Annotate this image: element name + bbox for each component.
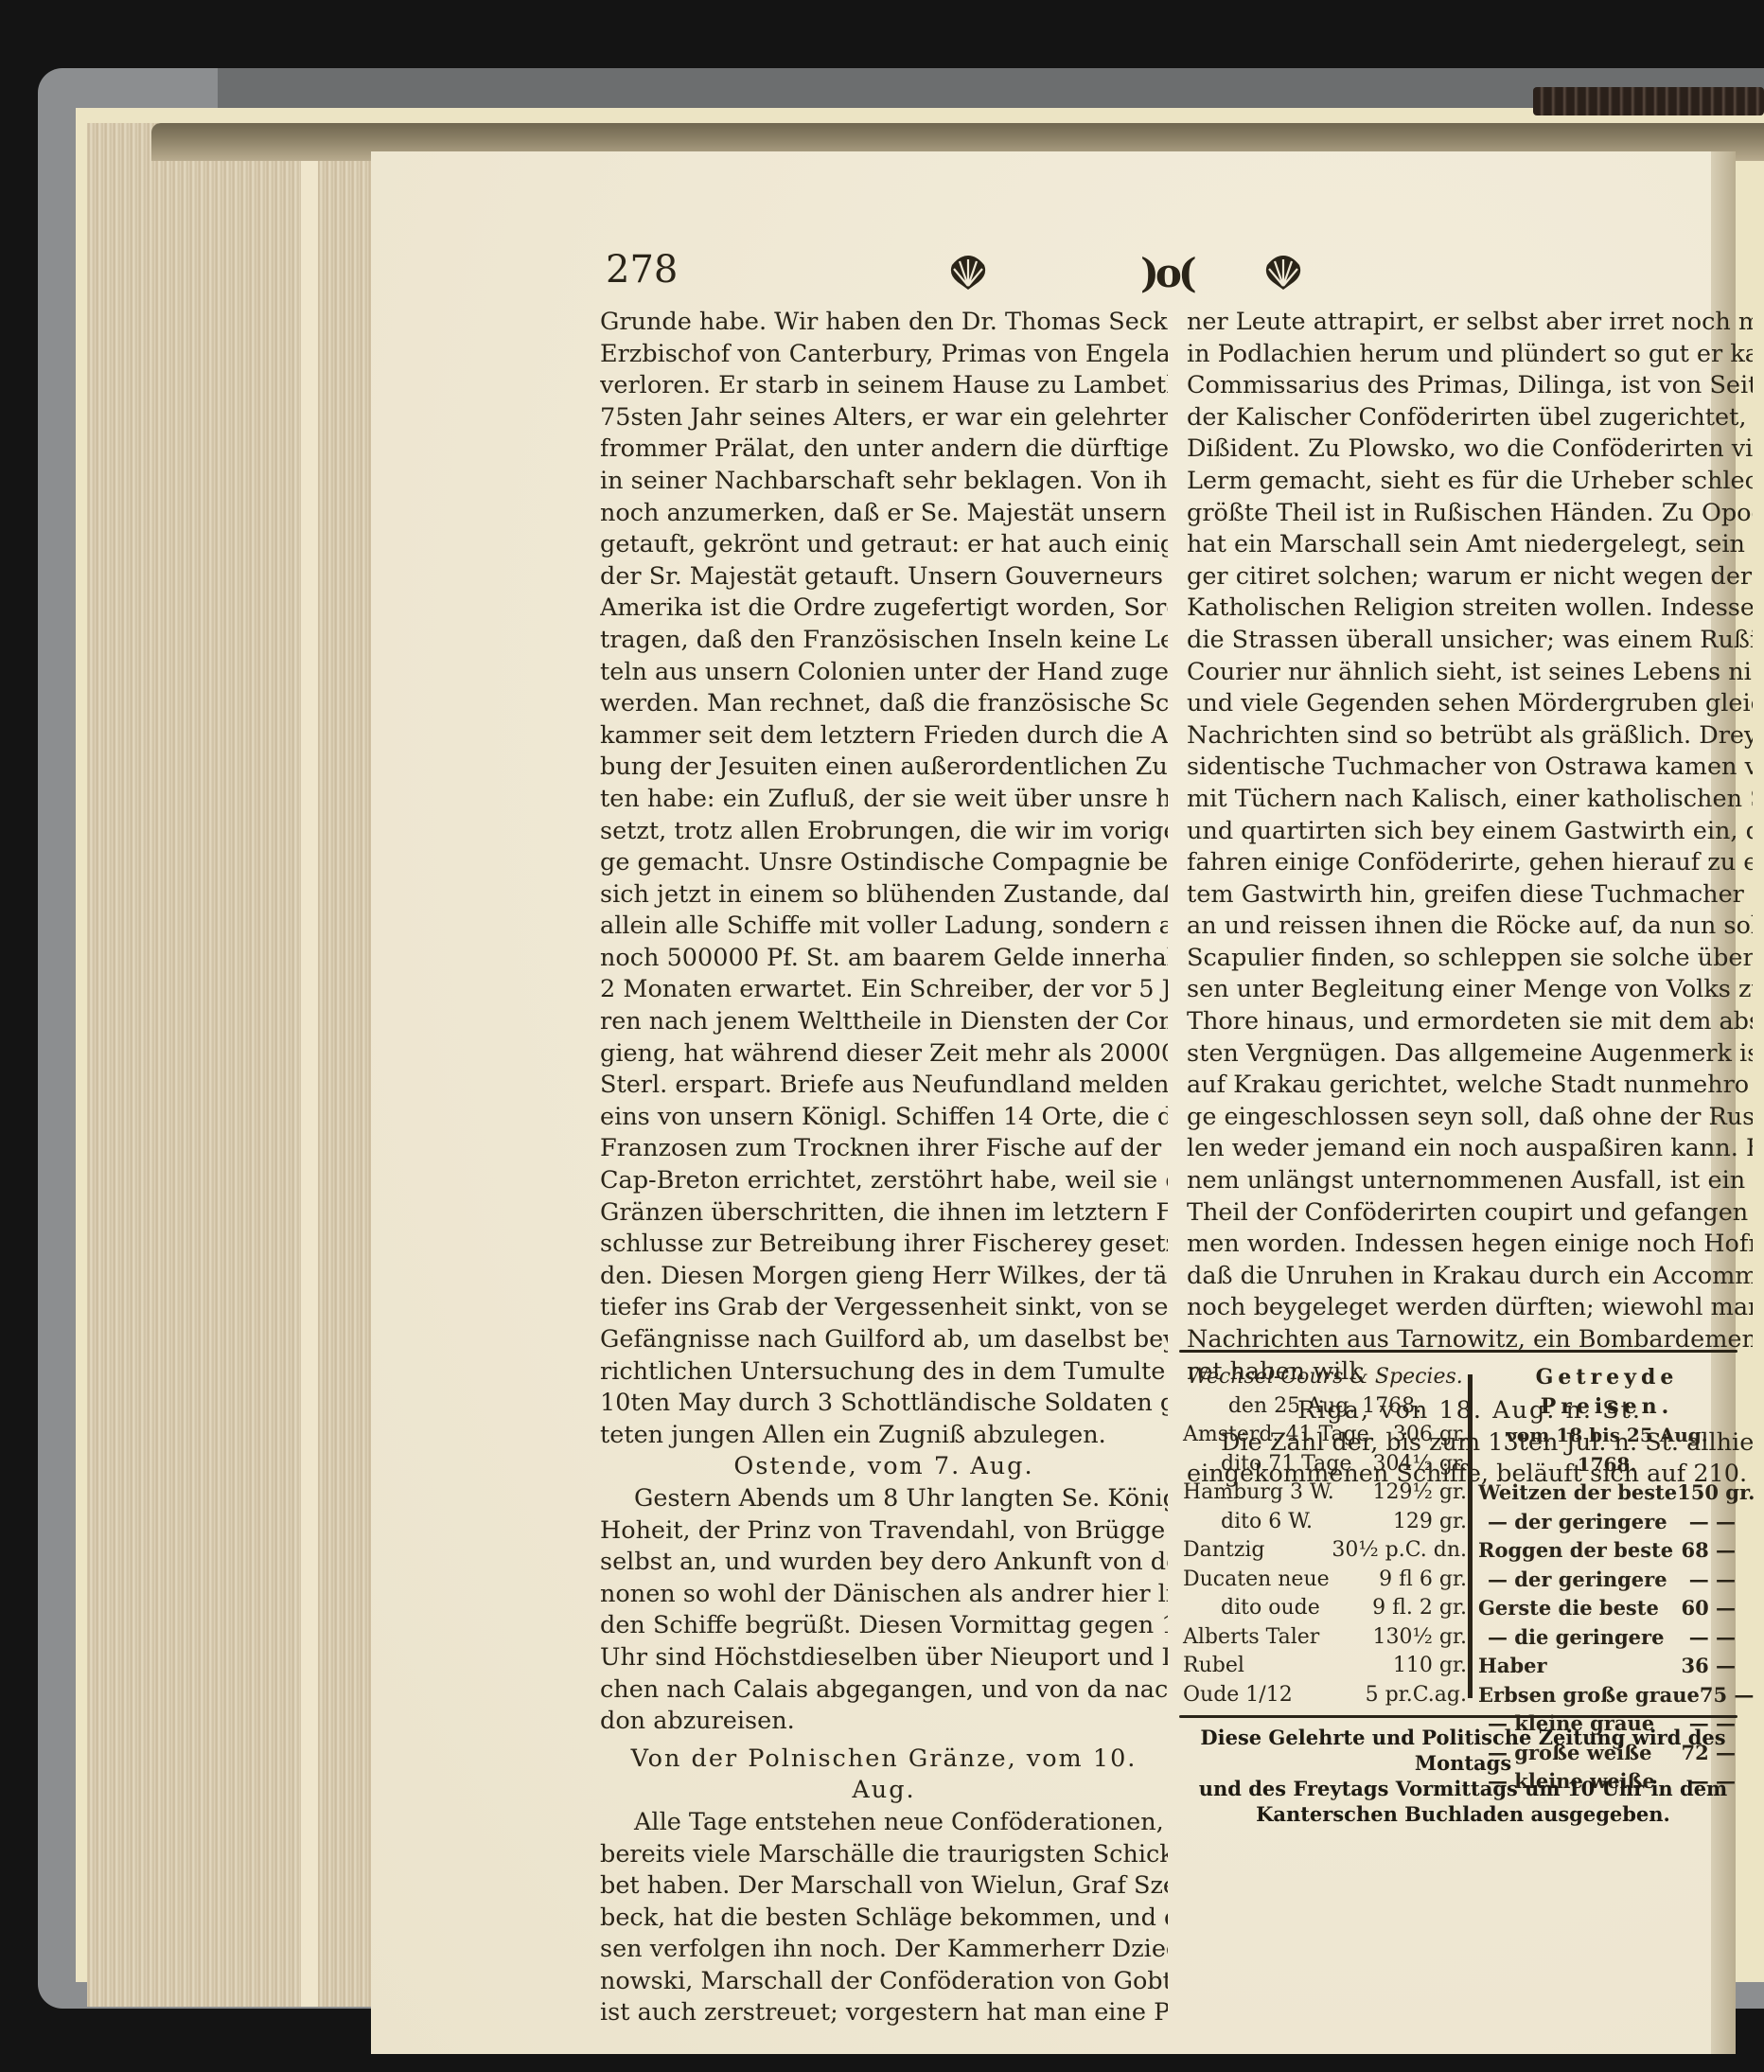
text-line: noch anzumerken, daß er Se. Majestät uns…	[600, 498, 1168, 530]
row-value: 9 fl 6 gr.	[1379, 1566, 1467, 1595]
dateline-polish-border: Von der Polnischen Gränze, vom 10. Aug.	[600, 1744, 1168, 1807]
table-row: — die geringere— —	[1478, 1623, 1736, 1653]
text-line: ren nach jenem Welttheile in Diensten de…	[600, 1006, 1168, 1038]
row-value: 130½ gr.	[1373, 1623, 1467, 1653]
text-line: frommer Prälat, den unter andern die dür…	[600, 434, 1168, 466]
text-line: Amerika ist die Ordre zugefertigt worden…	[600, 593, 1168, 625]
text-line: 75sten Jahr seines Alters, er war ein ge…	[600, 402, 1168, 434]
row-label: dito 71 Tage	[1183, 1450, 1351, 1479]
row-label: Rubel	[1183, 1652, 1244, 1681]
text-line: ge eingeschlossen seyn soll, daß ohne de…	[1187, 1102, 1753, 1134]
text-line: Theil der Conföderirten coupirt und gefa…	[1187, 1197, 1753, 1230]
page-edges	[87, 123, 371, 2007]
row-value: 60 —	[1681, 1594, 1736, 1623]
text-line: chen nach Calais abgegangen, und von da …	[600, 1674, 1168, 1707]
publication-notice: Diese Gelehrte und Politische Zeitung wi…	[1179, 1725, 1747, 1827]
text-line: Gefängnisse nach Guilford ab, um daselbs…	[600, 1324, 1168, 1356]
exchange-rate-table: Wechsel-Cours & Species. den 25 Aug. 176…	[1183, 1363, 1467, 1709]
text-line: Dißident. Zu Plowsko, wo die Conföderirt…	[1187, 434, 1753, 466]
row-label: Gerste die beste	[1478, 1594, 1659, 1623]
text-line: nowski, Marschall der Conföderation von …	[600, 1966, 1168, 1998]
dateline-ostende: Ostende, vom 7. Aug.	[600, 1451, 1168, 1483]
text-line: Scapulier finden, so schleppen sie solch…	[1187, 943, 1753, 975]
text-line: der Sr. Majestät getauft. Unsern Gouvern…	[600, 561, 1168, 593]
row-value: 5 pr.C.ag.	[1366, 1681, 1467, 1710]
text-line: Gränzen überschritten, die ihnen im letz…	[600, 1197, 1168, 1230]
table-row: Dantzig30½ p.C. dn.	[1183, 1536, 1467, 1566]
row-label: — der geringere	[1478, 1508, 1667, 1537]
grain-table-date: vom 18 bis 25 Aug. 1768.	[1478, 1421, 1736, 1479]
text-line: 10ten May durch 3 Schottländische Soldat…	[600, 1388, 1168, 1420]
book-cover-top	[218, 68, 1764, 110]
exchange-table-title: Wechsel-Cours & Species.	[1183, 1363, 1467, 1392]
page-number: 278	[606, 248, 678, 292]
text-line: teten jungen Allen ein Zugniß abzulegen.	[600, 1420, 1168, 1452]
row-label: Hamburg 3 W.	[1183, 1479, 1334, 1508]
text-line: sten Vergnügen. Das allgemeine Augenmerk…	[1187, 1038, 1753, 1071]
table-row: — der geringere— —	[1478, 1508, 1736, 1537]
text-line: den Schiffe begrüßt. Diesen Vormittag ge…	[600, 1610, 1168, 1642]
table-separator	[1468, 1374, 1473, 1698]
row-value: 36 —	[1681, 1652, 1736, 1681]
text-line: Courier nur ähnlich sieht, ist seines Le…	[1187, 657, 1753, 689]
row-label: Alberts Taler	[1183, 1623, 1319, 1653]
row-value: 110 gr.	[1393, 1652, 1467, 1681]
text-line: tragen, daß den Französischen Inseln kei…	[600, 625, 1168, 657]
text-line: Gestern Abends um 8 Uhr langten Se. Köni…	[600, 1483, 1168, 1515]
text-line: sich jetzt in einem so blühenden Zustand…	[600, 879, 1168, 912]
row-value: — —	[1689, 1566, 1736, 1595]
text-line: 2 Monaten erwartet. Ein Schreiber, der v…	[600, 974, 1168, 1006]
text-line: Lerm gemacht, sieht es für die Urheber s…	[1187, 466, 1753, 498]
text-line: Commissarius des Primas, Dilinga, ist vo…	[1187, 370, 1753, 402]
text-line: Katholischen Religion streiten wollen. I…	[1187, 593, 1753, 625]
text-line: selbst an, und wurden bey dero Ankunft v…	[600, 1547, 1168, 1579]
table-row: Hamburg 3 W.129½ gr.	[1183, 1479, 1467, 1508]
row-label: Amsterd. 41 Tage	[1183, 1421, 1369, 1450]
shell-ornament-icon	[1261, 254, 1305, 292]
right-column: ner Leute attrapirt, er selbst aber irre…	[1187, 307, 1753, 1491]
grain-table-title: Getreyde Preisen.	[1478, 1363, 1736, 1421]
text-line: größte Theil ist in Rußischen Händen. Zu…	[1187, 498, 1753, 530]
row-value: 129½ gr.	[1373, 1479, 1467, 1508]
article-london-end: Grunde habe. Wir haben den Dr. Thomas Se…	[600, 307, 1168, 1451]
notice-line: Kanterschen Buchladen ausgegeben.	[1179, 1801, 1747, 1827]
text-line: nonen so wohl der Dänischen als andrer h…	[600, 1579, 1168, 1611]
text-line: schlusse zur Betreibung ihrer Fischerey …	[600, 1229, 1168, 1261]
row-label: — der geringere	[1478, 1566, 1667, 1595]
table-row: Erbsen große graue75 —	[1478, 1681, 1736, 1710]
article-polish-border: Alle Tage entstehen neue Conföderationen…	[600, 1807, 1168, 2029]
table-row: Ducaten neue9 fl 6 gr.	[1183, 1566, 1467, 1595]
row-label: dito 6 W.	[1183, 1508, 1313, 1537]
text-line: teln aus unsern Colonien unter der Hand …	[600, 657, 1168, 689]
text-line: an und reissen ihnen die Röcke auf, da n…	[1187, 911, 1753, 943]
table-row: Alberts Taler130½ gr.	[1183, 1623, 1467, 1653]
text-line: Alle Tage entstehen neue Conföderationen…	[600, 1807, 1168, 1839]
row-value: — —	[1689, 1508, 1736, 1537]
text-line: auf Krakau gerichtet, welche Stadt nunme…	[1187, 1070, 1753, 1102]
row-label: Erbsen große graue	[1478, 1681, 1700, 1710]
text-line: ist auch zerstreuet; vorgestern hat man …	[600, 1997, 1168, 2029]
table-row: dito 71 Tage304½ gr.	[1183, 1450, 1467, 1479]
row-label: Weitzen der beste	[1478, 1479, 1677, 1508]
text-line: allein alle Schiffe mit voller Ladung, s…	[600, 911, 1168, 943]
table-row: Rubel110 gr.	[1183, 1652, 1467, 1681]
text-line: die Strassen überall unsicher; was einem…	[1187, 625, 1753, 657]
text-line: der Kalischer Conföderirten übel zugeric…	[1187, 402, 1753, 434]
article-ostende: Gestern Abends um 8 Uhr langten Se. Köni…	[600, 1483, 1168, 1738]
text-line: den. Diesen Morgen gieng Herr Wilkes, de…	[600, 1261, 1168, 1293]
text-line: in Podlachien herum und plündert so gut …	[1187, 339, 1753, 371]
table-row: dito 6 W.129 gr.	[1183, 1508, 1467, 1537]
text-line: mit Tüchern nach Kalisch, einer katholis…	[1187, 784, 1753, 816]
text-line: tiefer ins Grab der Vergessenheit sinkt,…	[600, 1292, 1168, 1324]
text-line: sen verfolgen ihn noch. Der Kammerherr D…	[600, 1934, 1168, 1966]
row-label: Haber	[1478, 1652, 1547, 1681]
text-line: Thore hinaus, und ermordeten sie mit dem…	[1187, 1006, 1753, 1038]
page-edge-gap	[301, 123, 318, 2007]
text-line: beck, hat die besten Schläge bekommen, u…	[600, 1903, 1168, 1935]
text-line: und viele Gegenden sehen Mördergruben gl…	[1187, 688, 1753, 720]
text-line: len weder jemand ein noch auspaßiren kan…	[1187, 1133, 1753, 1165]
text-line: bung der Jesuiten einen außerordentliche…	[600, 752, 1168, 784]
text-line: ger citiret solchen; warum er nicht wege…	[1187, 561, 1753, 593]
center-ornament: )o(	[1140, 250, 1193, 296]
row-label: Oude 1/12	[1183, 1681, 1293, 1710]
row-value: 129 gr.	[1393, 1508, 1467, 1537]
text-line: ten habe: ein Zufluß, der sie weit über …	[600, 784, 1168, 816]
text-line: verloren. Er starb in seinem Hause zu La…	[600, 370, 1168, 402]
row-value: 306 gr.	[1393, 1421, 1467, 1450]
table-row: Gerste die beste60 —	[1478, 1594, 1736, 1623]
text-line: ner Leute attrapirt, er selbst aber irre…	[1187, 307, 1753, 339]
text-line: Erzbischof von Canterbury, Primas von En…	[600, 339, 1168, 371]
text-line: richtlichen Untersuchung des in dem Tumu…	[600, 1356, 1168, 1389]
text-line: eins von unsern Königl. Schiffen 14 Orte…	[600, 1102, 1168, 1134]
row-label: — die geringere	[1478, 1623, 1664, 1653]
text-line: fahren einige Conföderirte, gehen hierau…	[1187, 847, 1753, 879]
text-line: Hoheit, der Prinz von Travendahl, von Br…	[600, 1515, 1168, 1548]
row-value: 75 —	[1700, 1681, 1755, 1710]
divider-rule	[1179, 1715, 1738, 1718]
table-row: Weitzen der beste150 gr.	[1478, 1479, 1736, 1508]
text-line: noch beygeleget werden dürften; wiewohl …	[1187, 1292, 1753, 1324]
divider-rule	[1179, 1350, 1738, 1353]
row-value: 68 —	[1681, 1536, 1736, 1566]
text-line: Uhr sind Höchstdieselben über Nieuport u…	[600, 1642, 1168, 1674]
table-row: Roggen der beste68 —	[1478, 1536, 1736, 1566]
page-header: 278 )o(	[606, 248, 1741, 305]
left-column: Grunde habe. Wir haben den Dr. Thomas Se…	[600, 307, 1168, 2029]
row-value: 30½ p.C. dn.	[1332, 1536, 1467, 1566]
text-line: Cap-Breton errichtet, zerstöhrt habe, we…	[600, 1165, 1168, 1197]
row-value: 150 gr.	[1677, 1479, 1755, 1508]
table-row: dito oude9 fl. 2 gr.	[1183, 1594, 1467, 1623]
article-polish-border-cont: ner Leute attrapirt, er selbst aber irre…	[1187, 307, 1753, 1388]
text-line: men worden. Indessen hegen einige noch H…	[1187, 1229, 1753, 1261]
text-line: don abzureisen.	[600, 1706, 1168, 1738]
text-line: nem unlängst unternommenen Ausfall, ist …	[1187, 1165, 1753, 1197]
notice-line: Diese Gelehrte und Politische Zeitung wi…	[1179, 1725, 1747, 1776]
row-value: — —	[1689, 1623, 1736, 1653]
shell-ornament-icon	[946, 254, 990, 292]
text-line: hat ein Marschall sein Amt niedergelegt,…	[1187, 529, 1753, 561]
exchange-table-date: den 25 Aug. 1768.	[1183, 1392, 1467, 1422]
row-value: 304½ gr.	[1373, 1450, 1467, 1479]
notice-line: und des Freytags Vormittags um 10 Uhr in…	[1179, 1776, 1747, 1801]
row-label: Roggen der beste	[1478, 1536, 1673, 1566]
table-row: Amsterd. 41 Tage306 gr.	[1183, 1421, 1467, 1450]
text-line: tem Gastwirth hin, greifen diese Tuchmac…	[1187, 879, 1753, 912]
text-line: noch 500000 Pf. St. am baarem Gelde inne…	[600, 943, 1168, 975]
text-line: Sterl. erspart. Briefe aus Neufundland m…	[600, 1070, 1168, 1102]
table-row: Oude 1/125 pr.C.ag.	[1183, 1681, 1467, 1710]
text-line: ge gemacht. Unsre Ostindische Compagnie …	[600, 847, 1168, 879]
book-headband	[1533, 87, 1764, 115]
text-line: kammer seit dem letztern Frieden durch d…	[600, 720, 1168, 753]
row-label: Ducaten neue	[1183, 1566, 1330, 1595]
text-line: Grunde habe. Wir haben den Dr. Thomas Se…	[600, 307, 1168, 339]
text-line: Nachrichten sind so betrübt als gräßlich…	[1187, 720, 1753, 753]
text-line: in seiner Nachbarschaft sehr beklagen. V…	[600, 466, 1168, 498]
text-line: setzt, trotz allen Erobrungen, die wir i…	[600, 816, 1168, 848]
text-line: sen unter Begleitung einer Menge von Vol…	[1187, 974, 1753, 1006]
text-line: bereits viele Marschälle die traurigsten…	[600, 1839, 1168, 1871]
text-line: getauft, gekrönt und getraut: er hat auc…	[600, 529, 1168, 561]
row-value: 9 fl. 2 gr.	[1372, 1594, 1467, 1623]
text-line: daß die Unruhen in Krakau durch ein Acco…	[1187, 1261, 1753, 1293]
text-line: gieng, hat während dieser Zeit mehr als …	[600, 1038, 1168, 1071]
text-line: werden. Man rechnet, daß die französisch…	[600, 688, 1168, 720]
row-label: Dantzig	[1183, 1536, 1264, 1566]
table-row: Haber36 —	[1478, 1652, 1736, 1681]
exchange-rows: Amsterd. 41 Tage306 gr.dito 71 Tage304½ …	[1183, 1421, 1467, 1709]
table-row: — der geringere— —	[1478, 1566, 1736, 1595]
text-line: Franzosen zum Trocknen ihrer Fische auf …	[600, 1133, 1168, 1165]
text-line: bet haben. Der Marschall von Wielun, Gra…	[600, 1870, 1168, 1903]
text-line: sidentische Tuchmacher von Ostrawa kamen…	[1187, 752, 1753, 784]
row-label: dito oude	[1183, 1594, 1320, 1623]
text-line: und quartirten sich bey einem Gastwirth …	[1187, 816, 1753, 848]
